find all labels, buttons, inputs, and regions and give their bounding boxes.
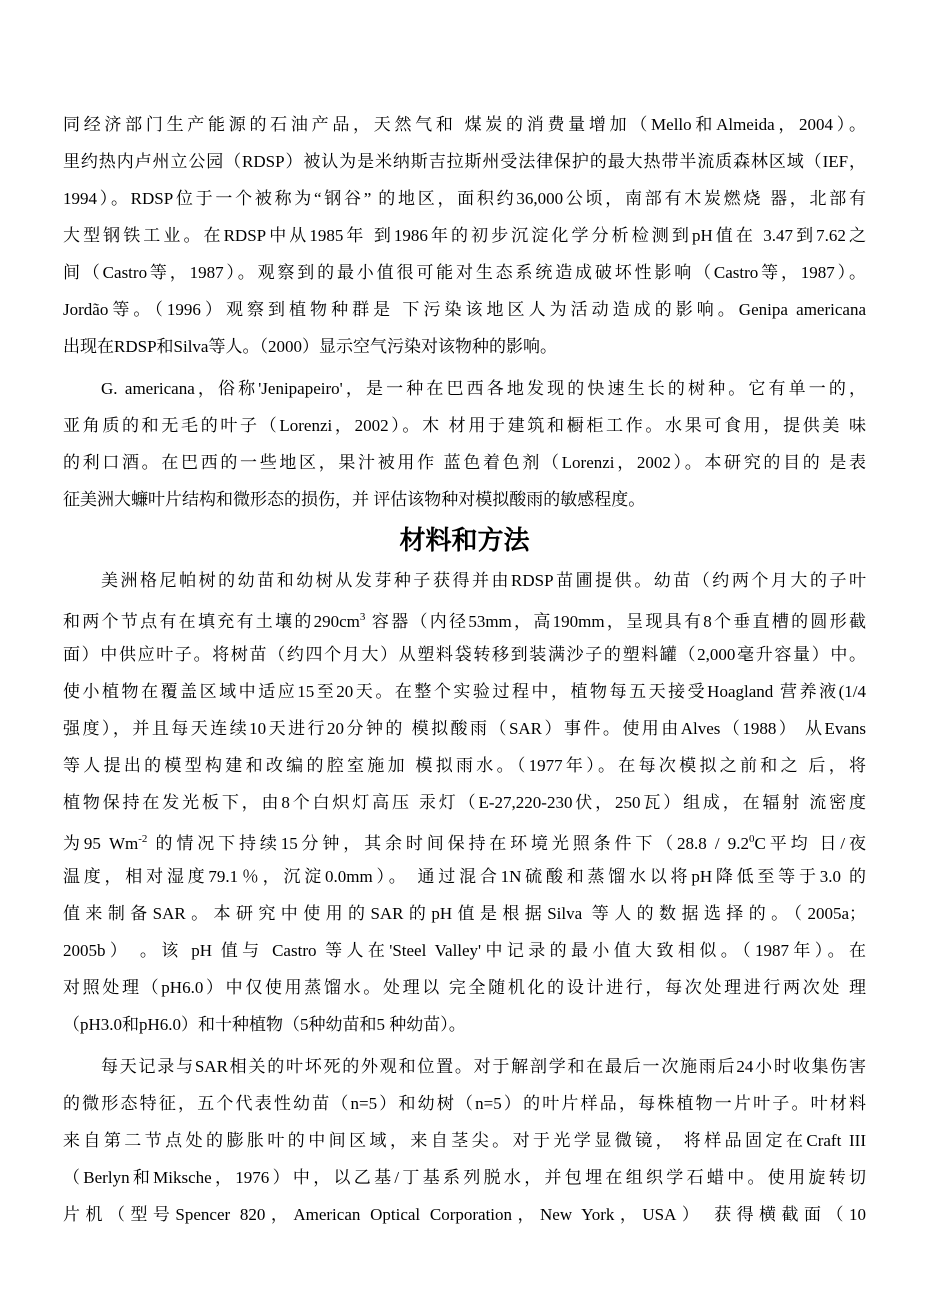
paragraph-methods-setup: 美洲格尼帕树的幼苗和幼树从发芽种子获得并由RDSP苗圃提供。幼苗（约两个月大的子… xyxy=(63,562,866,1043)
text-line: 征美洲大蠊叶片结构和微形态的损伤，并 评估该物种对模拟酸雨的敏感程度。 xyxy=(63,481,866,518)
text-run: 容器（内径53mm，高190mm，呈现具有8个垂直槽的圆形截 xyxy=(365,612,866,631)
text-line: 值来制备SAR。本研究中使用的SAR的pH值是根据Silva 等人的数据选择的。… xyxy=(63,895,866,932)
text-line: 植物保持在发光板下，由8个白炽灯高压 汞灯（E-27,220-230伏，250瓦… xyxy=(63,784,866,821)
text-run: 里约热内卢州立公园（RDSP）被认为是米纳斯吉拉斯州受法律保护的最大热带半流质森… xyxy=(63,152,866,171)
text-run: 片机（型号Spencer 820，American Optical Corpor… xyxy=(63,1205,866,1224)
text-line: 来自第二节点处的膨胀叶的中间区域，来自茎尖。对于光学显微镜， 将样品固定在Cra… xyxy=(63,1122,866,1159)
text-line: 温度，相对湿度79.1％，沉淀0.0mm）。 通过混合1N硫酸和蒸馏水以将pH降… xyxy=(63,858,866,895)
text-line: 强度），并且每天连续10天进行20分钟的 模拟酸雨（SAR）事件。使用由Alve… xyxy=(63,710,866,747)
text-run: 美洲格尼帕树的幼苗和幼树从发芽种子获得并由RDSP苗圃提供。幼苗（约两个月大的子… xyxy=(101,571,866,590)
text-line: 对照处理（pH6.0）中仅使用蒸馏水。处理以 完全随机化的设计进行，每次处理进行… xyxy=(63,969,866,1006)
text-run: 植物保持在发光板下，由8个白炽灯高压 汞灯（E-27,220-230伏，250瓦… xyxy=(63,793,866,812)
text-line: 出现在RDSP和Silva等人。（2000）显示空气污染对该物种的影响。 xyxy=(63,328,866,365)
text-run: 等人提出的模型构建和改编的腔室施加 模拟雨水。（1977年）。在每次模拟之前和之… xyxy=(63,756,866,775)
text-run: C平均 日/夜 xyxy=(755,834,866,853)
text-run: 的情况下持续15分钟，其余时间保持在环境光照条件下（28.8 / 9.2 xyxy=(147,834,749,853)
text-run: Jordão等。（1996）观察到植物种群是 下污染该地区人为活动造成的影响。G… xyxy=(63,300,866,319)
text-line: 面）中供应叶子。将树苗（约四个月大）从塑料袋转移到装满沙子的塑料罐（2,000毫… xyxy=(63,636,866,673)
text-run: 2005b） 。该 pH 值与 Castro 等人在'Steel Valley'… xyxy=(63,941,866,960)
text-line: 间（Castro等，1987）。观察到的最小值很可能对生态系统造成破坏性影响（C… xyxy=(63,254,866,291)
text-run: 来自第二节点处的膨胀叶的中间区域，来自茎尖。对于光学显微镜， 将样品固定在Cra… xyxy=(63,1131,866,1150)
text-line: （Berlyn和Miksche，1976）中，以乙基/丁基系列脱水，并包埋在组织… xyxy=(63,1159,866,1196)
text-line: （pH3.0和pH6.0）和十种植物（5种幼苗和5 种幼苗）。 xyxy=(63,1006,866,1043)
text-run: 对照处理（pH6.0）中仅使用蒸馏水。处理以 完全随机化的设计进行，每次处理进行… xyxy=(63,978,866,997)
text-line: 2005b） 。该 pH 值与 Castro 等人在'Steel Valley'… xyxy=(63,932,866,969)
paragraph-species-description: G. americana，俗称'Jenipapeiro'，是一种在巴西各地发现的… xyxy=(63,370,866,518)
text-run: 使小植物在覆盖区域中适应15至20天。在整个实验过程中，植物每五天接受Hoagl… xyxy=(63,682,866,701)
text-line: 1994）。RDSP位于一个被称为“钢谷” 的地区，面积约36,000公顷，南部… xyxy=(63,180,866,217)
text-run: 强度），并且每天连续10天进行20分钟的 模拟酸雨（SAR）事件。使用由Alve… xyxy=(63,719,866,738)
paragraph-intro-continuation: 同经济部门生产能源的石油产品，天然气和 煤炭的消费量增加（Mello和Almei… xyxy=(63,106,866,365)
text-run: 的利口酒。在巴西的一些地区，果汁被用作 蓝色着色剂（Lorenzi，2002）。… xyxy=(63,453,866,472)
text-line: 里约热内卢州立公园（RDSP）被认为是米纳斯吉拉斯州受法律保护的最大热带半流质森… xyxy=(63,143,866,180)
text-run: 出现在RDSP和Silva等人。（2000）显示空气污染对该物种的影响。 xyxy=(63,337,557,356)
paragraph-methods-sampling: 每天记录与SAR相关的叶坏死的外观和位置。对于解剖学和在最后一次施雨后24小时收… xyxy=(63,1048,866,1233)
text-line: 的利口酒。在巴西的一些地区，果汁被用作 蓝色着色剂（Lorenzi，2002）。… xyxy=(63,444,866,481)
text-run: 为95 Wm xyxy=(63,834,138,853)
document-page: 同经济部门生产能源的石油产品，天然气和 煤炭的消费量增加（Mello和Almei… xyxy=(0,0,926,1309)
text-line: 美洲格尼帕树的幼苗和幼树从发芽种子获得并由RDSP苗圃提供。幼苗（约两个月大的子… xyxy=(63,562,866,599)
text-run: 的微形态特征，五个代表性幼苗（n=5）和幼树（n=5）的叶片样品，每株植物一片叶… xyxy=(63,1094,866,1113)
text-line: 的微形态特征，五个代表性幼苗（n=5）和幼树（n=5）的叶片样品，每株植物一片叶… xyxy=(63,1085,866,1122)
text-run: 每天记录与SAR相关的叶坏死的外观和位置。对于解剖学和在最后一次施雨后24小时收… xyxy=(101,1057,866,1076)
text-run: （pH3.0和pH6.0）和十种植物（5种幼苗和5 种幼苗）。 xyxy=(63,1015,466,1034)
text-line: 和两个节点有在填充有土壤的290cm3 容器（内径53mm，高190mm，呈现具… xyxy=(63,599,866,636)
text-run: 同经济部门生产能源的石油产品，天然气和 煤炭的消费量增加（Mello和Almei… xyxy=(63,115,866,134)
section-heading-materials-methods: 材料和方法 xyxy=(63,524,866,558)
text-run: 和两个节点有在填充有土壤的290cm xyxy=(63,612,360,631)
text-line: G. americana，俗称'Jenipapeiro'，是一种在巴西各地发现的… xyxy=(63,370,866,407)
text-line: 同经济部门生产能源的石油产品，天然气和 煤炭的消费量增加（Mello和Almei… xyxy=(63,106,866,143)
text-line: Jordão等。（1996）观察到植物种群是 下污染该地区人为活动造成的影响。G… xyxy=(63,291,866,328)
text-run: 1994）。RDSP位于一个被称为“钢谷” 的地区，面积约36,000公顷，南部… xyxy=(63,189,866,208)
text-line: 大型钢铁工业。在RDSP中从1985年 到1986年的初步沉淀化学分析检测到pH… xyxy=(63,217,866,254)
text-run: （Berlyn和Miksche，1976）中，以乙基/丁基系列脱水，并包埋在组织… xyxy=(63,1168,866,1187)
text-line: 为95 Wm-2 的情况下持续15分钟，其余时间保持在环境光照条件下（28.8 … xyxy=(63,821,866,858)
text-run: 值来制备SAR。本研究中使用的SAR的pH值是根据Silva 等人的数据选择的。… xyxy=(63,904,866,923)
document-body: 同经济部门生产能源的石油产品，天然气和 煤炭的消费量增加（Mello和Almei… xyxy=(63,106,866,1238)
text-line: 等人提出的模型构建和改编的腔室施加 模拟雨水。（1977年）。在每次模拟之前和之… xyxy=(63,747,866,784)
text-line: 片机（型号Spencer 820，American Optical Corpor… xyxy=(63,1196,866,1233)
text-run: 面）中供应叶子。将树苗（约四个月大）从塑料袋转移到装满沙子的塑料罐（2,000毫… xyxy=(63,645,866,664)
text-run: 间（Castro等，1987）。观察到的最小值很可能对生态系统造成破坏性影响（C… xyxy=(63,263,866,282)
text-line: 每天记录与SAR相关的叶坏死的外观和位置。对于解剖学和在最后一次施雨后24小时收… xyxy=(63,1048,866,1085)
text-run: 亚角质的和无毛的叶子（Lorenzi，2002）。木 材用于建筑和橱柜工作。水果… xyxy=(63,416,866,435)
text-line: 使小植物在覆盖区域中适应15至20天。在整个实验过程中，植物每五天接受Hoagl… xyxy=(63,673,866,710)
text-run: 温度，相对湿度79.1％，沉淀0.0mm）。 通过混合1N硫酸和蒸馏水以将pH降… xyxy=(63,867,866,886)
text-run: 大型钢铁工业。在RDSP中从1985年 到1986年的初步沉淀化学分析检测到pH… xyxy=(63,226,866,245)
text-run: 征美洲大蠊叶片结构和微形态的损伤，并 评估该物种对模拟酸雨的敏感程度。 xyxy=(63,490,645,509)
text-run: G. americana，俗称'Jenipapeiro'，是一种在巴西各地发现的… xyxy=(101,379,866,398)
text-line: 亚角质的和无毛的叶子（Lorenzi，2002）。木 材用于建筑和橱柜工作。水果… xyxy=(63,407,866,444)
